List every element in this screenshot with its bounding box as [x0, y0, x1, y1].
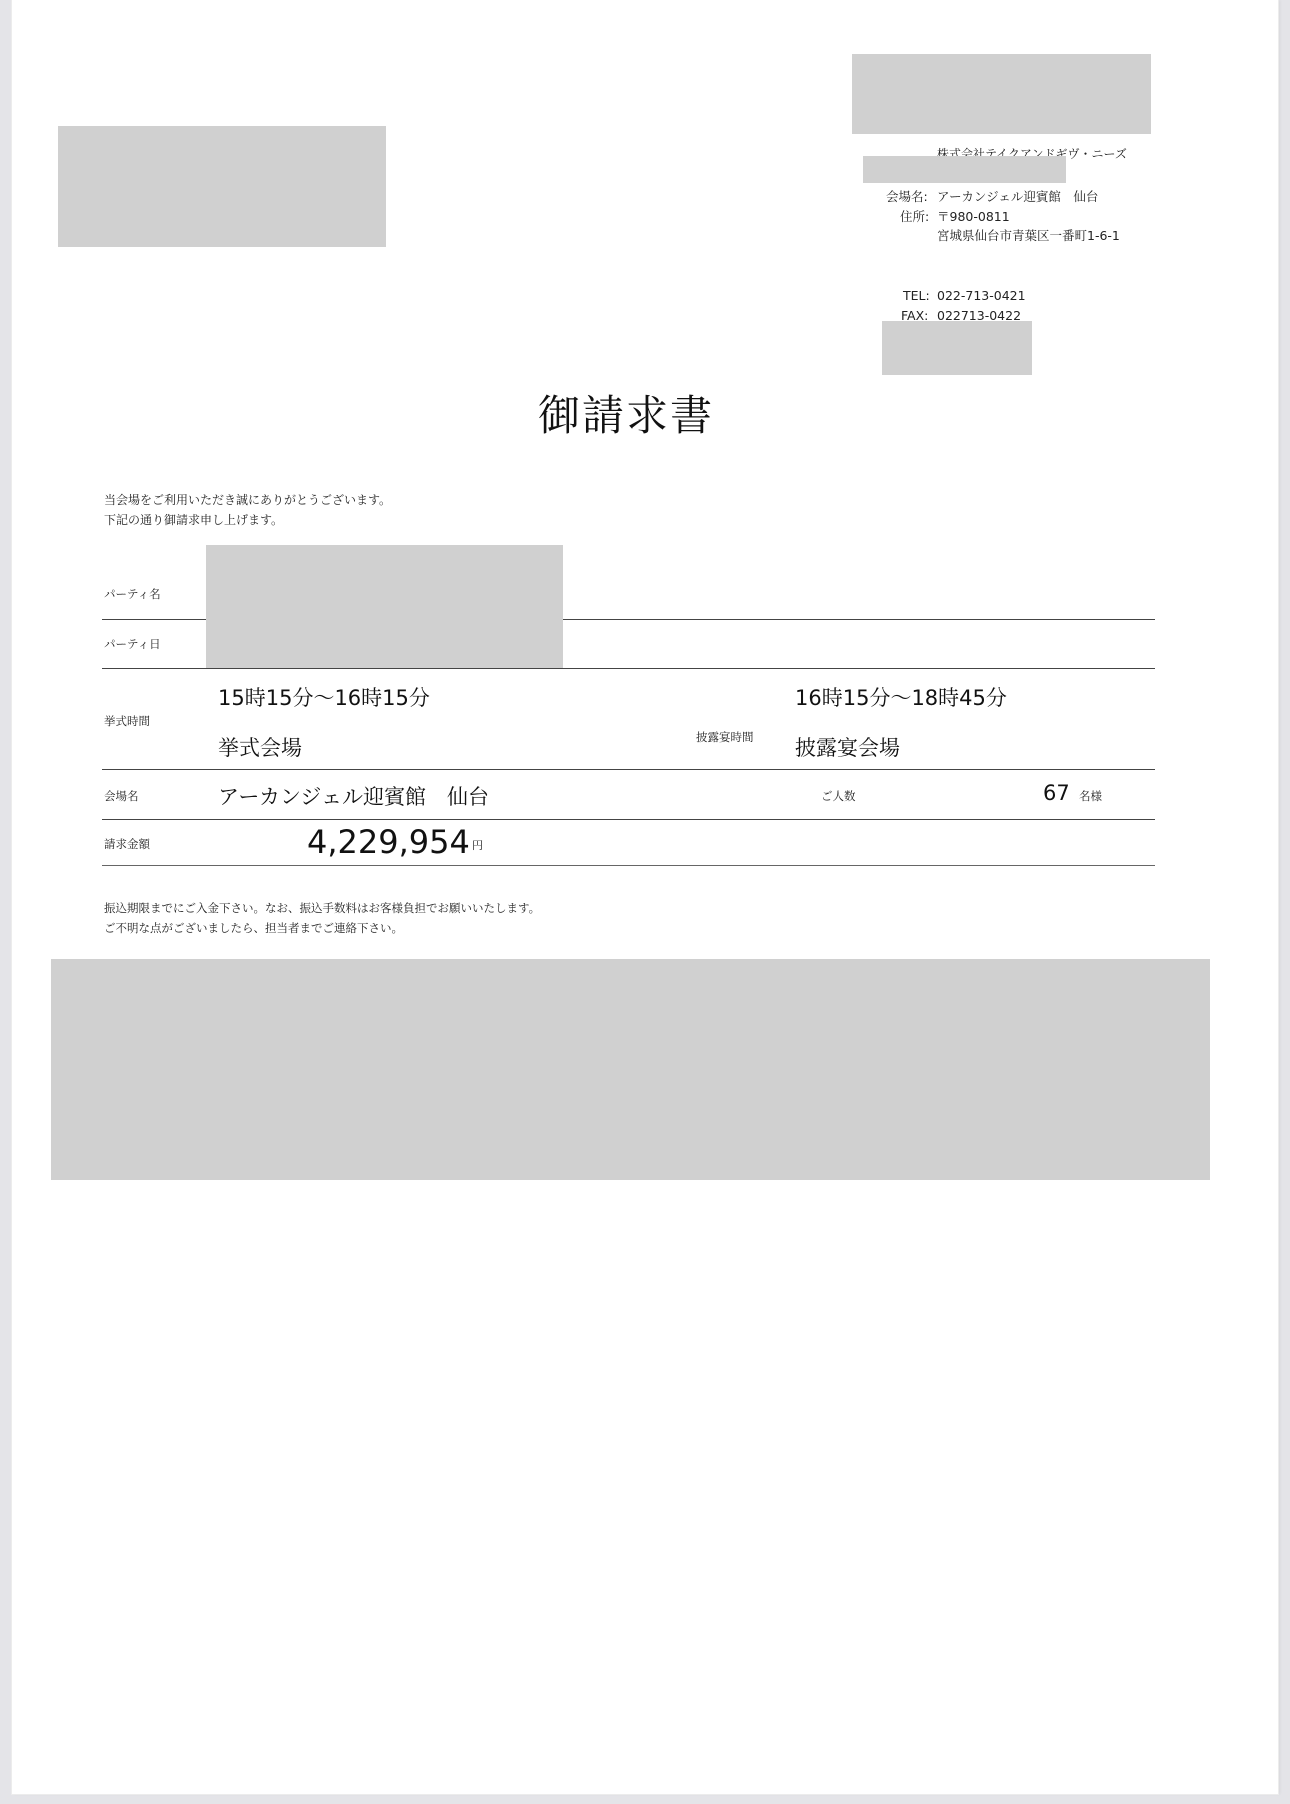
company-tel: 022-713-0421	[937, 288, 1026, 303]
redacted-bank-info	[51, 959, 1210, 1180]
redacted-stamp	[882, 321, 1032, 375]
document-title: 御請求書	[538, 383, 714, 443]
redacted-party-info	[206, 545, 563, 668]
reception-time-label: 披露宴時間	[696, 729, 754, 745]
divider	[102, 865, 1155, 866]
redacted-logo-left	[58, 126, 386, 247]
note-line-1: 振込期限までにご入金下さい。なお、振込手数料はお客様負担でお願いいたします。	[104, 900, 540, 916]
venue-name-label: 会場名	[104, 788, 139, 804]
intro-line-1: 当会場をご利用いただき誠にありがとうございます。	[104, 491, 391, 508]
divider	[102, 769, 1155, 770]
company-address: 宮城県仙台市青葉区一番町1-6-1	[937, 226, 1120, 244]
guests-count: 67	[1043, 781, 1070, 805]
venue-name: アーカンジェル迎賓館 仙台	[218, 781, 489, 811]
invoice-page: 株式会社テイクアンドギヴ・ニーズ 会場名: アーカンジェル迎賓館 仙台 住所: …	[12, 0, 1278, 1794]
amount-label: 請求金額	[104, 836, 150, 852]
ceremony-time-label: 挙式時間	[104, 713, 150, 729]
note-line-2: ご不明な点がございましたら、担当者までご連絡下さい。	[104, 920, 403, 936]
guests-unit: 名様	[1079, 788, 1102, 804]
party-name-label: パーティ名	[104, 586, 161, 602]
divider	[102, 819, 1155, 820]
company-venue-label: 会場名:	[886, 187, 928, 205]
company-tel-label: TEL:	[903, 288, 930, 303]
company-address-label: 住所:	[900, 207, 929, 225]
amount-unit: 円	[472, 837, 483, 853]
party-date-label: パーティ日	[104, 636, 161, 652]
ceremony-venue: 挙式会場	[218, 732, 302, 762]
reception-venue: 披露宴会場	[795, 732, 900, 762]
divider	[102, 668, 1155, 669]
intro-line-2: 下記の通り御請求申し上げます。	[104, 511, 283, 528]
company-postal: 〒980-0811	[937, 207, 1010, 225]
redacted-company-line	[863, 156, 1066, 183]
amount-value: 4,229,954	[307, 823, 470, 861]
guests-label: ご人数	[821, 788, 856, 804]
company-venue: アーカンジェル迎賓館 仙台	[937, 187, 1098, 205]
redacted-logo-right	[852, 54, 1151, 134]
reception-time: 16時15分〜18時45分	[795, 682, 1007, 712]
ceremony-time: 15時15分〜16時15分	[218, 682, 430, 712]
